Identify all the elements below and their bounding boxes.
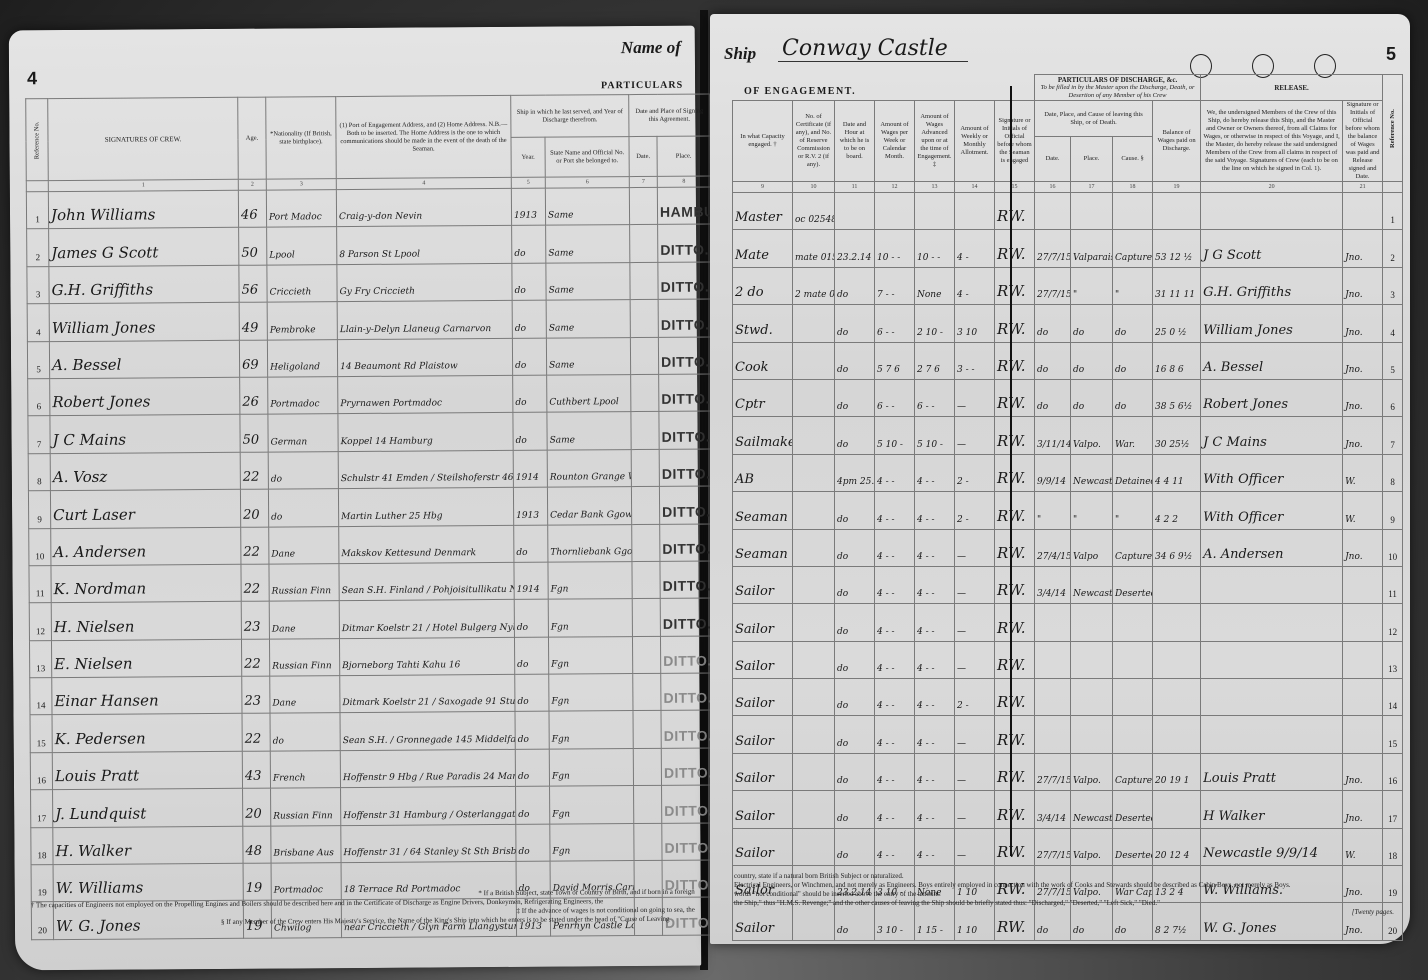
age: 50 [239, 228, 267, 266]
engagement-row: AB4pm 25.2.144 - -4 - -2 -RW.9/9/14Newca… [733, 454, 1403, 491]
reference-number: 4 [1383, 305, 1403, 342]
wages: 4 - - [875, 454, 915, 491]
right-page: Ship Conway Castle 5 OF ENGAGEMENT. PART… [710, 14, 1410, 944]
signing-date [630, 262, 658, 300]
crew-row: 15K. Pedersen22doSean S.H. / Gronnegade … [30, 710, 714, 752]
last-ship-name: Same [546, 262, 630, 300]
advance: 5 10 - [915, 417, 955, 454]
advance: 4 - - [915, 604, 955, 641]
allotment: 3 - - [955, 342, 995, 379]
release-signature: Newcastle 9/9/14 [1201, 828, 1343, 865]
col-num: 17 [1071, 182, 1113, 193]
balance-paid: 34 6 9½ [1153, 529, 1201, 566]
capacity: Sailor [733, 641, 793, 678]
official-initials: RW. [995, 342, 1035, 379]
advance: 4 - - [915, 492, 955, 529]
advance: 4 - - [915, 716, 955, 753]
advance: 6 - - [915, 379, 955, 416]
header-address: (1) Port of Engagement Address, and (2) … [336, 95, 512, 178]
advance: 4 - - [915, 641, 955, 678]
engagement-row: Sailordo4 - -4 - -—RW.15 [733, 716, 1403, 753]
release-signature [1201, 641, 1343, 678]
signing-place-stamp: DITTO. [658, 299, 711, 337]
allotment: — [955, 529, 995, 566]
allotment [955, 193, 995, 230]
date-hour-aboard: do [835, 566, 875, 603]
crew-signature: Curt Laser [50, 489, 240, 528]
header-year: Year. [511, 137, 545, 177]
date-hour-aboard: do [835, 753, 875, 790]
capacity: Sailor [733, 604, 793, 641]
leave-place: do [1071, 305, 1113, 342]
signing-date [629, 187, 657, 225]
crew-row: 16Louis Pratt43FrenchHoffenstr 9 Hbg / R… [30, 748, 714, 790]
col-num: 12 [875, 182, 915, 193]
release-official-initials: Jno. [1343, 791, 1383, 828]
last-ship-name: Fgn [550, 823, 634, 861]
engagement-row: Sailordo4 - -4 - -—RW.12 [733, 604, 1403, 641]
age: 50 [240, 414, 268, 452]
signing-place-stamp: DITTO. [660, 636, 713, 674]
leave-date: 27/4/15 [1035, 529, 1071, 566]
col-num: 21 [1343, 182, 1383, 193]
balance-paid: 31 11 11 [1153, 267, 1201, 304]
reference-number: 10 [1383, 529, 1403, 566]
leave-date: 27/7/15 [1035, 267, 1071, 304]
age: 22 [241, 527, 269, 565]
official-initials: RW. [995, 791, 1035, 828]
last-ship-name: Fgn [548, 599, 632, 637]
discharge-subtitle: To be filled in by the Master upon the D… [1037, 84, 1198, 100]
col-num: 11 [835, 182, 875, 193]
capacity: Sailor [733, 566, 793, 603]
last-ship-name: Fgn [549, 711, 633, 749]
signing-place-stamp: DITTO. [660, 561, 713, 599]
leave-date [1035, 679, 1071, 716]
leave-cause: Deserted [1113, 828, 1153, 865]
age: 22 [240, 452, 268, 490]
engagement-discharge-table: PARTICULARS OF DISCHARGE, &c. To be fill… [732, 74, 1403, 941]
nationality: Russian Finn [269, 564, 339, 602]
release-official-initials: W. [1343, 492, 1383, 529]
name-of-label: Name of [621, 38, 681, 58]
certificate-no [793, 604, 835, 641]
signing-date [632, 636, 660, 674]
nationality: Brisbane Aus [271, 825, 341, 863]
wages: 4 - - [875, 716, 915, 753]
capacity: Cptr [733, 379, 793, 416]
signing-place-stamp: DITTO. [658, 224, 711, 262]
balance-paid: 4 4 11 [1153, 454, 1201, 491]
address: Hoffenstr 9 Hbg / Rue Paradis 24 Marseil… [340, 749, 515, 788]
header-release-text: We, the undersigned Members of the Crew … [1201, 101, 1343, 182]
date-hour-aboard: 23.2.14 [835, 230, 875, 267]
last-ship-name: Cuthbert Lpool [547, 375, 631, 413]
signing-place-stamp: DITTO. [658, 337, 711, 375]
last-ship-name: Same [547, 412, 631, 450]
leave-cause [1113, 193, 1153, 230]
allotment: — [955, 753, 995, 790]
balance-paid [1153, 679, 1201, 716]
release-signature: A. Bessel [1201, 342, 1343, 379]
reference-number: 11 [29, 566, 51, 604]
wages: 4 - - [875, 492, 915, 529]
reference-number: 6 [1383, 379, 1403, 416]
leave-place: Newcastle NSW [1071, 566, 1113, 603]
last-ship-year: do [512, 338, 546, 376]
wages: 4 - - [875, 828, 915, 865]
nationality: do [268, 451, 338, 489]
crew-signature: J. Lundquist [53, 789, 243, 828]
reference-number: 2 [1383, 230, 1403, 267]
nationality: German [268, 414, 338, 452]
capacity: Sailor [733, 716, 793, 753]
nationality: Portmadoc [268, 377, 338, 415]
signing-place-stamp: DITTO. [660, 524, 713, 562]
release-signature: Louis Pratt [1201, 753, 1343, 790]
signing-place-stamp: DITTO. [661, 748, 714, 786]
header-release-official: Signature or Initials of Official before… [1343, 101, 1383, 182]
last-ship-year: 1914 [513, 450, 547, 488]
address: Ditmar Koelstr 21 / Hotel Bulgerg Nyhavn… [339, 600, 514, 639]
crew-row: 9Curt Laser20doMartin Luther 25 Hbg1913C… [28, 486, 712, 528]
age: 20 [240, 489, 268, 527]
header-wages: Amount of Wages per Week or Calendar Mon… [875, 101, 915, 182]
signing-date [631, 486, 659, 524]
engagement-row: Sailordo4 - -4 - -2 -RW.14 [733, 679, 1403, 716]
release-signature: A. Andersen [1201, 529, 1343, 566]
wages: 4 - - [875, 679, 915, 716]
address: Pryrnawen Portmadoc [338, 375, 513, 414]
official-initials: RW. [995, 305, 1035, 342]
signing-date [630, 300, 658, 338]
pages-note: [Twenty pages. [734, 908, 1394, 917]
leave-date: 27/7/15 [1035, 828, 1071, 865]
crew-row: 8A. Vosz22doSchulstr 41 Emden / Steilsho… [28, 449, 712, 491]
release-signature: Robert Jones [1201, 379, 1343, 416]
crew-row: 7J C Mains50GermanKoppel 14 HamburgdoSam… [28, 411, 712, 453]
signing-place-stamp: DITTO. [662, 823, 715, 861]
balance-paid: 53 12 ½ [1153, 230, 1201, 267]
wages: 4 - - [875, 791, 915, 828]
col-num: 16 [1035, 182, 1071, 193]
address: 14 Beaumont Rd Plaistow [337, 338, 512, 377]
release-official-initials [1343, 193, 1383, 230]
col-num: 10 [793, 182, 835, 193]
signing-place-stamp: DITTO. [658, 262, 711, 300]
capacity: Stwd. [733, 305, 793, 342]
crew-row: 3G.H. Griffiths56CricciethGy Fry Criccie… [27, 262, 711, 304]
header-place: Place. [657, 136, 710, 176]
certificate-no [793, 753, 835, 790]
advance [915, 193, 955, 230]
wages: 4 - - [875, 604, 915, 641]
last-ship-name: Fgn [548, 561, 632, 599]
nationality: Russian Finn [271, 788, 341, 826]
nationality: Dane [269, 601, 339, 639]
leave-date [1035, 604, 1071, 641]
last-ship-year: do [515, 749, 549, 787]
age: 22 [242, 714, 270, 752]
wages: 4 - - [875, 529, 915, 566]
certificate-no [793, 342, 835, 379]
address: Sean S.H. Finland / Pohjoisitullikatu Ny… [339, 562, 514, 601]
age: 56 [239, 265, 267, 303]
leave-date: do [1035, 342, 1071, 379]
section-title-particulars: PARTICULARS [601, 80, 683, 92]
header-certificate: No. of Certificate (if any), and No. of … [793, 101, 835, 182]
reference-number: 9 [28, 491, 50, 529]
header-date-hour: Date and Hour at which he is to be on bo… [835, 101, 875, 182]
leave-place: Valpo [1071, 529, 1113, 566]
official-initials: RW. [995, 379, 1035, 416]
last-ship-name: Rounton Grange W.Hpl [547, 449, 631, 487]
nationality: Criccieth [267, 264, 337, 302]
leave-cause: Captured by German [1113, 753, 1153, 790]
release-signature [1201, 193, 1343, 230]
certificate-no [793, 828, 835, 865]
allotment: 2 - [955, 492, 995, 529]
wages: 4 - - [875, 753, 915, 790]
header-last-ship-group: Ship in which he last served, and Year o… [511, 95, 629, 138]
reference-number: 16 [30, 752, 52, 790]
leave-cause [1113, 641, 1153, 678]
crew-signature: John Williams [48, 190, 238, 229]
header-advance: Amount of Wages Advanced upon or at the … [915, 101, 955, 182]
reference-number: 15 [30, 715, 52, 753]
header-leave-place: Place. [1071, 137, 1113, 182]
wages: 6 - - [875, 379, 915, 416]
page-number-right: 5 [1386, 44, 1396, 65]
allotment: 2 - [955, 454, 995, 491]
official-initials: RW. [995, 454, 1035, 491]
address: Bjorneborg Tahti Kahu 16 [339, 637, 514, 676]
header-reference-no: Reference No. [26, 99, 49, 181]
reference-number: 12 [29, 603, 51, 641]
crew-row: 17J. Lundquist20Russian FinnHoffenstr 31… [31, 785, 715, 827]
official-initials: RW. [995, 417, 1035, 454]
crew-row: 4William Jones49PembrokeLlain-y-Delyn Ll… [27, 299, 711, 341]
official-initials: RW. [995, 566, 1035, 603]
header-discharge-group: PARTICULARS OF DISCHARGE, &c. To be fill… [1035, 75, 1201, 101]
leave-cause [1113, 679, 1153, 716]
balance-paid: 25 0 ½ [1153, 305, 1201, 342]
leave-cause: do [1113, 379, 1153, 416]
leave-place: Valpo. [1071, 828, 1113, 865]
crew-row: 1John Williams46Port MadocCraig-y-don Ne… [26, 187, 710, 229]
certificate-no [793, 529, 835, 566]
engagement-row: 2 do2 mate 022826do7 - -None4 -RW.27/7/1… [733, 267, 1403, 304]
official-initials: RW. [995, 267, 1035, 304]
leave-cause: do [1113, 342, 1153, 379]
ship-label: Ship [724, 44, 756, 64]
reference-number: 14 [1383, 679, 1403, 716]
allotment: — [955, 566, 995, 603]
reference-number: 17 [1383, 791, 1403, 828]
leave-place [1071, 641, 1113, 678]
age: 48 [243, 826, 271, 864]
last-ship-year: do [513, 413, 547, 451]
advance: 4 - - [915, 566, 955, 603]
balance-paid: 30 25½ [1153, 417, 1201, 454]
last-ship-year: do [516, 786, 550, 824]
col-num: 3 [266, 179, 336, 190]
footnote: words "not conditional" should be insert… [734, 890, 1394, 899]
reference-number: 2 [27, 229, 49, 267]
capacity: Sailor [733, 828, 793, 865]
release-official-initials: Jno. [1343, 379, 1383, 416]
leave-date: 3/4/14 [1035, 791, 1071, 828]
capacity: Cook [733, 342, 793, 379]
reference-number: 7 [28, 416, 50, 454]
signing-date [633, 748, 661, 786]
address: Schulstr 41 Emden / Steilshoferstr 46 Hb… [338, 450, 513, 489]
allotment: 4 - [955, 267, 995, 304]
allotment: 2 - [955, 679, 995, 716]
signing-place-stamp: DITTO. [660, 598, 713, 636]
header-leaving-group: Date, Place, and Cause of leaving this S… [1035, 101, 1153, 137]
signing-date [630, 225, 658, 263]
reference-number: 13 [1383, 641, 1403, 678]
certificate-no [793, 417, 835, 454]
reference-number: 4 [27, 304, 49, 342]
release-signature [1201, 566, 1343, 603]
date-hour-aboard: do [835, 342, 875, 379]
address: Craig-y-don Nevin [336, 188, 511, 227]
engagement-row: Sailordo4 - -4 - -—RW.27/7/15Valpo.Deser… [733, 828, 1403, 865]
crew-row: 14Einar Hansen23DaneDitmark Koelstr 21 /… [30, 673, 714, 715]
release-official-initials [1343, 604, 1383, 641]
advance: 4 - - [915, 753, 955, 790]
leave-place: do [1071, 379, 1113, 416]
crew-signature: Einar Hansen [52, 676, 242, 715]
wages: 10 - - [875, 230, 915, 267]
leave-date [1035, 716, 1071, 753]
last-ship-year: do [512, 300, 546, 338]
engagement-row: Matemate 01573423.2.1410 - -10 - -4 -RW.… [733, 230, 1403, 267]
signing-place-stamp: DITTO. [661, 710, 714, 748]
reference-number: 1 [26, 192, 48, 230]
capacity: AB [733, 454, 793, 491]
certificate-no [793, 679, 835, 716]
balance-paid [1153, 791, 1201, 828]
release-official-initials [1343, 679, 1383, 716]
reference-number: 5 [1383, 342, 1403, 379]
capacity: Mate [733, 230, 793, 267]
age: 49 [239, 302, 267, 340]
crew-signature: Robert Jones [50, 377, 240, 416]
header-leave-cause: Cause. § [1113, 137, 1153, 182]
address: Koppel 14 Hamburg [338, 413, 513, 452]
certificate-no: 2 mate 022826 [793, 267, 835, 304]
nationality: Dane [270, 676, 340, 714]
date-hour-aboard: do [835, 305, 875, 342]
leave-cause [1113, 716, 1153, 753]
wages: 4 - - [875, 641, 915, 678]
signing-place-stamp: DITTO. [659, 486, 712, 524]
leave-cause: Deserted [1113, 566, 1153, 603]
crew-signature: A. Vosz [50, 452, 240, 491]
date-hour-aboard: do [835, 716, 875, 753]
crew-row: 18H. Walker48Brisbane AusHoffenstr 31 / … [31, 823, 715, 865]
certificate-no [793, 566, 835, 603]
crew-signature: A. Bessel [49, 340, 239, 379]
engagement-row: Sailordo4 - -4 - -—RW.3/4/14Newcastle NS… [733, 566, 1403, 603]
release-official-initials: W. [1343, 454, 1383, 491]
leave-place [1071, 679, 1113, 716]
allotment: 3 10 [955, 305, 995, 342]
col-num: 19 [1153, 182, 1201, 193]
crew-signature: H. Walker [53, 826, 243, 865]
certificate-no [793, 716, 835, 753]
crew-row: 6Robert Jones26PortmadocPryrnawen Portma… [28, 374, 712, 416]
column-numbers-row-right: 9 10 11 12 13 14 15 16 17 18 19 20 21 [733, 182, 1403, 193]
capacity: Sailor [733, 791, 793, 828]
crew-signature: K. Nordman [51, 564, 241, 603]
release-official-initials: Jno. [1343, 529, 1383, 566]
capacity: Sailor [733, 679, 793, 716]
header-date: Date. [629, 136, 657, 176]
date-hour-aboard: do [835, 641, 875, 678]
certificate-no: oc 025487 [793, 193, 835, 230]
last-ship-year: 1914 [514, 562, 548, 600]
leave-date: " [1035, 492, 1071, 529]
date-hour-aboard: do [835, 417, 875, 454]
reference-number: 6 [28, 379, 50, 417]
date-hour-aboard: do [835, 379, 875, 416]
last-ship-year: do [514, 525, 548, 563]
header-ship-name: State Name and Official No. or Port she … [545, 137, 629, 178]
col-num: 8 [657, 176, 710, 187]
nationality: Russian Finn [269, 638, 339, 676]
date-hour-aboard [835, 193, 875, 230]
last-ship-name: Fgn [548, 636, 632, 674]
certificate-no [793, 454, 835, 491]
leave-place: " [1071, 492, 1113, 529]
balance-paid: 16 8 6 [1153, 342, 1201, 379]
age: 23 [241, 601, 269, 639]
leave-cause: Captured by German Ship [1113, 230, 1153, 267]
reference-number: 3 [27, 266, 49, 304]
crew-signature: K. Pedersen [52, 714, 242, 753]
capacity: Sailor [733, 753, 793, 790]
leave-date: 27/7/15 [1035, 753, 1071, 790]
last-ship-year: do [516, 824, 550, 862]
engagement-row: Sailmakerdo5 10 -5 10 -—RW.3/11/14Valpo.… [733, 417, 1403, 454]
date-hour-aboard: do [835, 267, 875, 304]
crew-row: 5A. Bessel69Heligoland14 Beaumont Rd Pla… [27, 337, 711, 379]
official-initials: RW. [995, 230, 1035, 267]
reference-number: 9 [1383, 492, 1403, 529]
capacity: Sailmaker [733, 417, 793, 454]
reference-number: 12 [1383, 604, 1403, 641]
last-ship-year: do [512, 263, 546, 301]
leave-place [1071, 604, 1113, 641]
wages: 6 - - [875, 305, 915, 342]
last-ship-year: do [512, 226, 546, 264]
date-hour-aboard: do [835, 791, 875, 828]
col-num: 5 [511, 177, 545, 188]
engagement-row: Masteroc 025487RW.1 [733, 193, 1403, 230]
signing-date [632, 524, 660, 562]
advance: 4 - - [915, 454, 955, 491]
address: Hoffenstr 31 / 64 Stanley St Sth Brisban… [341, 824, 516, 863]
reference-number: 3 [1383, 267, 1403, 304]
last-ship-year: 1913 [513, 487, 547, 525]
release-signature: J C Mains [1201, 417, 1343, 454]
crew-particulars-table: Reference No. SIGNATURES OF CREW. Age. *… [25, 94, 716, 941]
wages: 4 - - [875, 566, 915, 603]
